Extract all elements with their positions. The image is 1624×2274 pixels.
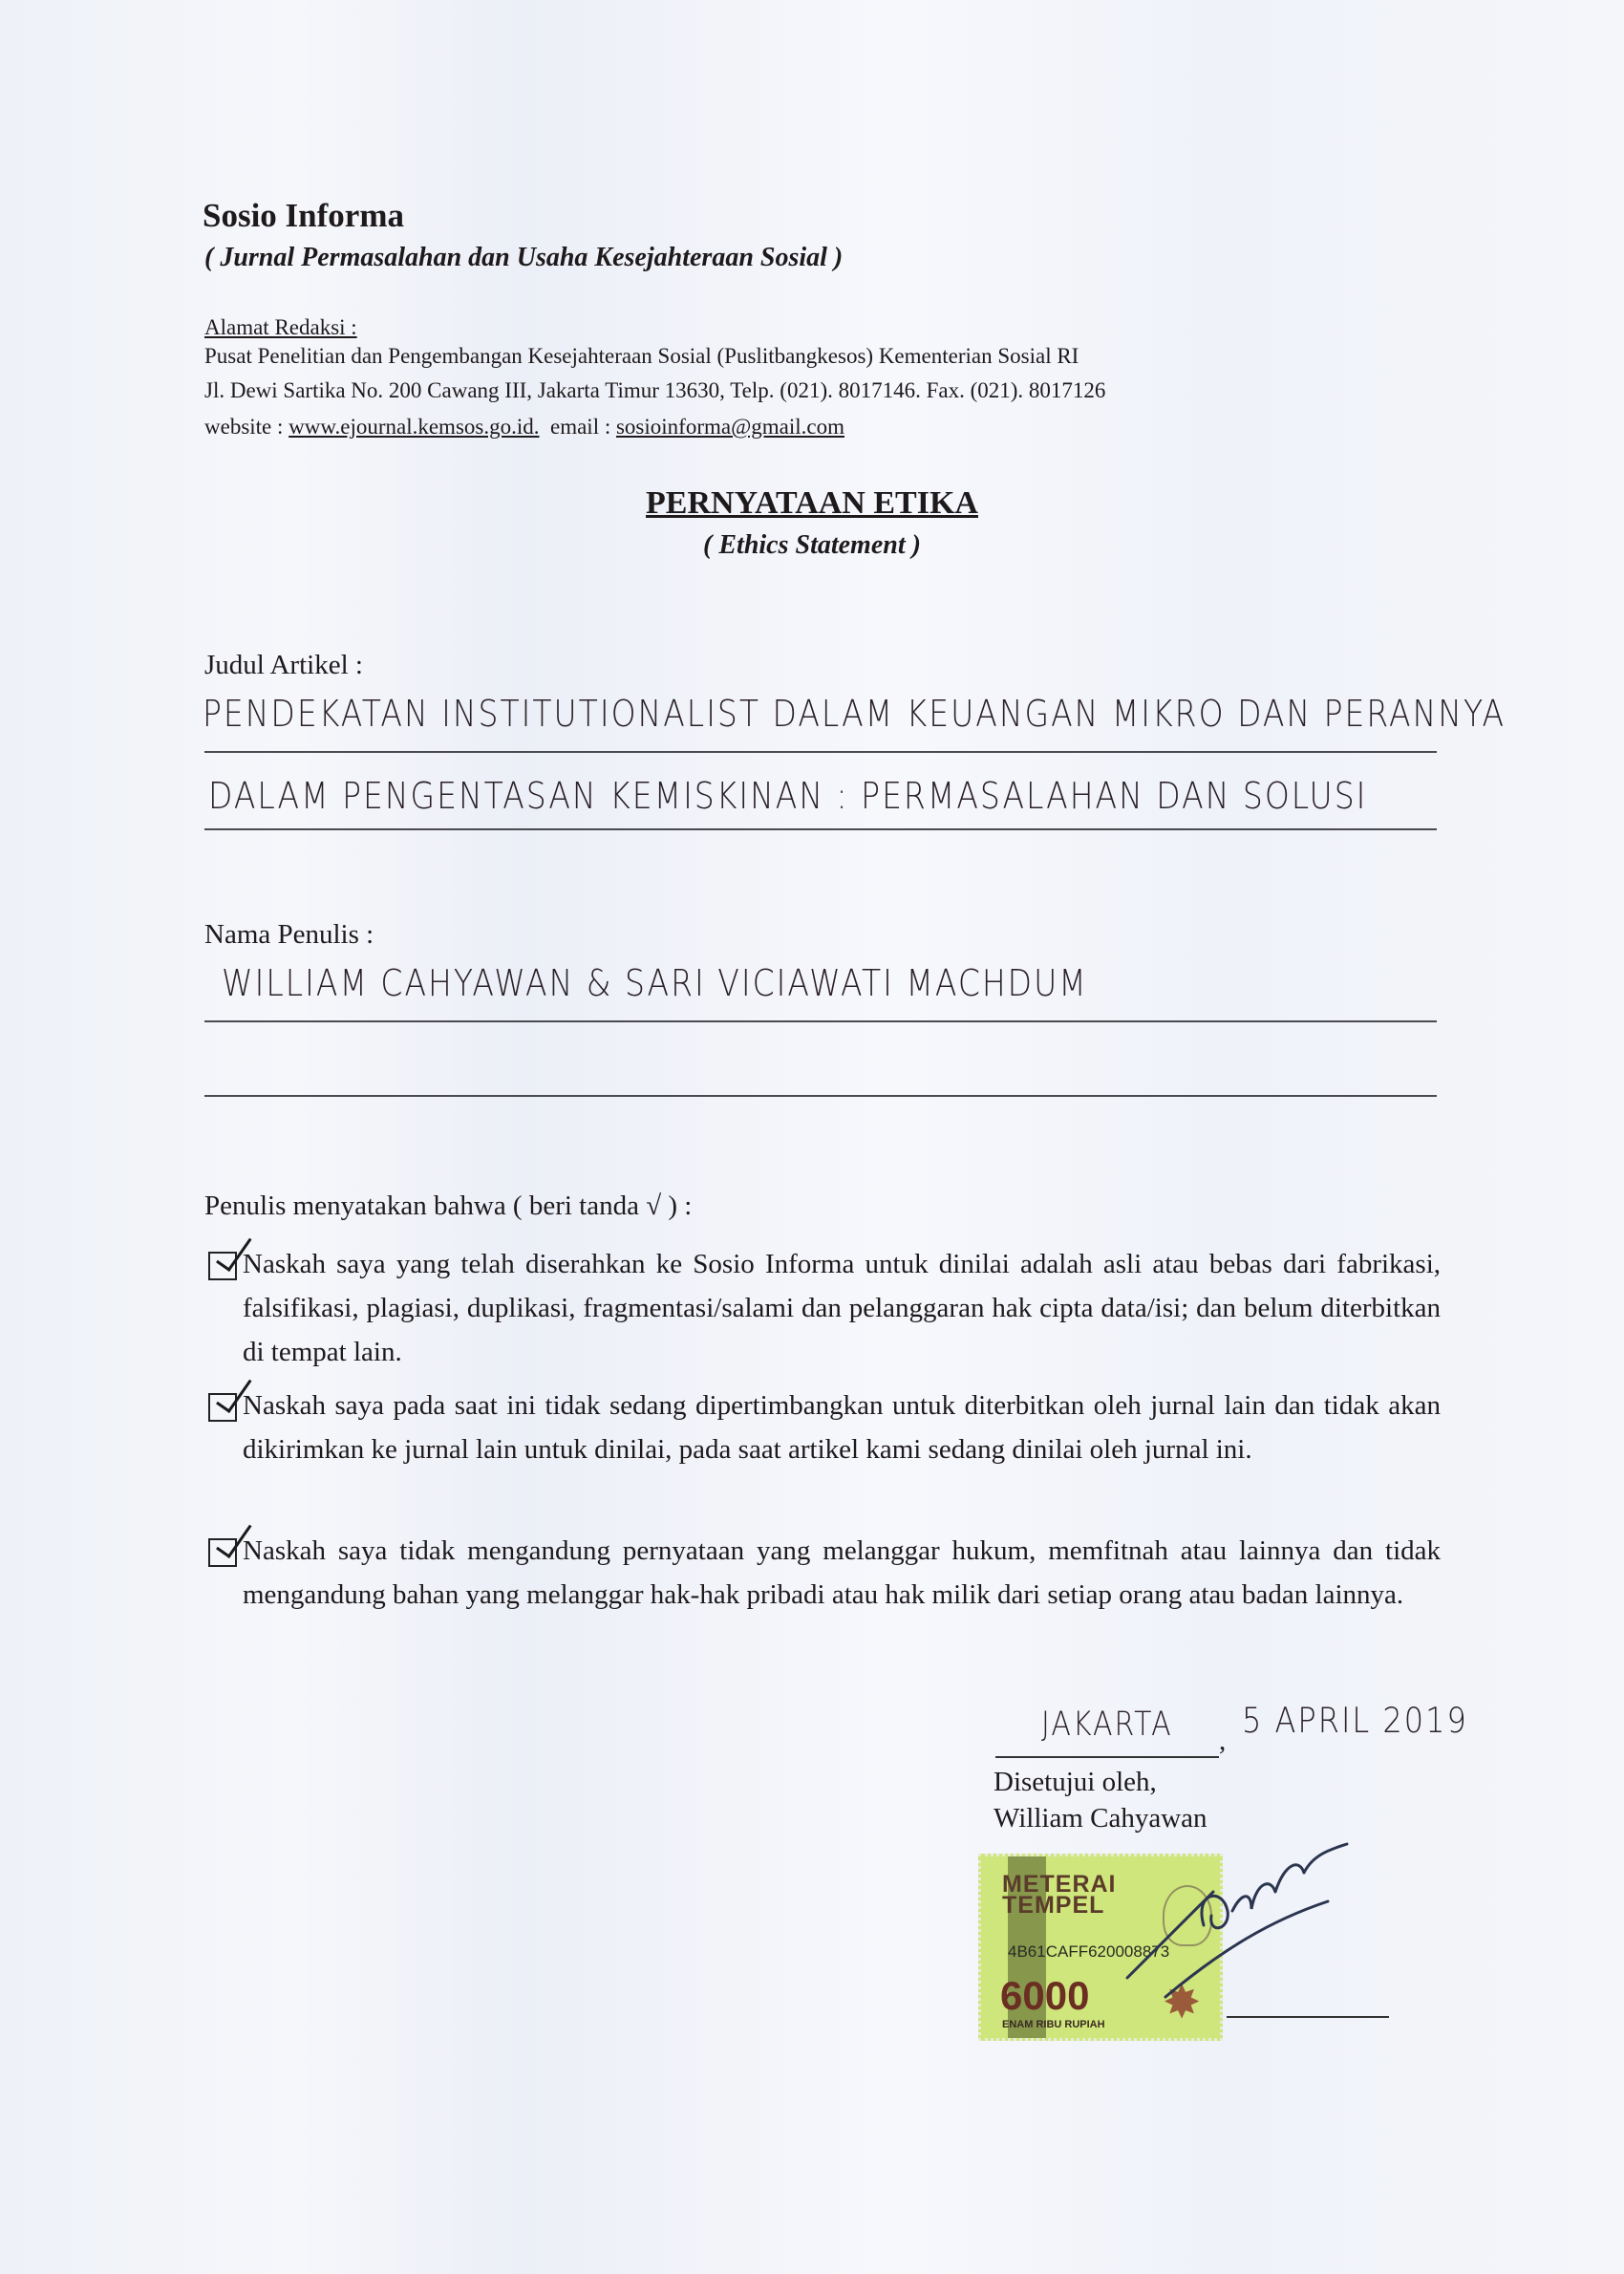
author-label: Nama Penulis : — [204, 919, 374, 951]
article-title-rule-2 — [204, 828, 1437, 830]
stamp-value-words: ENAM RIBU RUPIAH — [1002, 2019, 1105, 2030]
author-rule-1 — [204, 1020, 1437, 1022]
article-title-line-1[interactable]: PENDEKATAN INSTITUTIONALIST DALAM KEUANG… — [203, 692, 1506, 735]
approved-by-label: Disetujui oleh, — [994, 1764, 1207, 1800]
document-title: PERNYATAAN ETIKA — [0, 485, 1624, 522]
page: { "header": { "journal_name": "Sosio Inf… — [0, 0, 1624, 2274]
approver-name: William Cahyawan — [994, 1800, 1207, 1836]
document-title-text: PERNYATAAN ETIKA — [646, 485, 978, 521]
statement-text: Naskah saya tidak mengandung pernyataan … — [243, 1529, 1441, 1617]
article-title-line-2[interactable]: DALAM PENGENTASAN KEMISKINAN : PERMASALA… — [208, 774, 1367, 817]
document-subtitle: ( Ethics Statement ) — [0, 530, 1624, 561]
website-link[interactable]: www.ejournal.kemsos.go.id. — [288, 415, 539, 439]
email-link[interactable]: sosioinforma@gmail.com — [616, 415, 844, 439]
checkbox-checked-icon[interactable] — [208, 1393, 237, 1422]
approval-block: Disetujui oleh, William Cahyawan — [994, 1764, 1207, 1836]
author-line-1[interactable]: WILLIAM CAHYAWAN & SARI VICIAWATI MACHDU… — [222, 961, 1088, 1004]
place-rule — [995, 1756, 1219, 1758]
stamp-title: METERAI TEMPEL — [1002, 1874, 1117, 1916]
checkbox-checked-icon[interactable] — [208, 1538, 237, 1567]
address-line-1: Pusat Penelitian dan Pengembangan Keseja… — [204, 344, 1079, 369]
checkbox-checked-icon[interactable] — [208, 1252, 237, 1280]
statement-text: Naskah saya pada saat ini tidak sedang d… — [243, 1384, 1441, 1471]
statement-text: Naskah saya yang telah diserahkan ke Sos… — [243, 1242, 1441, 1374]
website-label: website : — [204, 415, 288, 439]
signature-rule — [1227, 2016, 1389, 2018]
place-date-separator: , — [1219, 1726, 1226, 1757]
article-title-rule-1 — [204, 751, 1437, 753]
statement-item-3: Naskah saya tidak mengandung pernyataan … — [208, 1529, 1441, 1617]
signing-place[interactable]: JAKARTA — [1041, 1705, 1173, 1744]
handwritten-signature-icon — [1108, 1834, 1357, 2026]
address-label: Alamat Redaksi : — [204, 315, 357, 340]
author-rule-2 — [204, 1095, 1437, 1097]
statement-item-2: Naskah saya pada saat ini tidak sedang d… — [208, 1384, 1441, 1471]
address-line-2: Jl. Dewi Sartika No. 200 Cawang III, Jak… — [204, 378, 1105, 403]
journal-name: Sosio Informa — [203, 197, 404, 235]
signing-date[interactable]: 5 APRIL 2019 — [1242, 1699, 1468, 1741]
stamp-value: 6000 — [1000, 1973, 1089, 2019]
contact-line: website : www.ejournal.kemsos.go.id. ema… — [204, 415, 844, 440]
email-label: email : — [540, 415, 616, 439]
statements-intro: Penulis menyatakan bahwa ( beri tanda √ … — [204, 1191, 692, 1222]
statement-item-1: Naskah saya yang telah diserahkan ke Sos… — [208, 1242, 1441, 1374]
article-title-label: Judul Artikel : — [204, 650, 363, 681]
journal-subtitle: ( Jurnal Permasalahan dan Usaha Kesejaht… — [204, 243, 843, 273]
stamp-title-line-2: TEMPEL — [1002, 1895, 1117, 1916]
